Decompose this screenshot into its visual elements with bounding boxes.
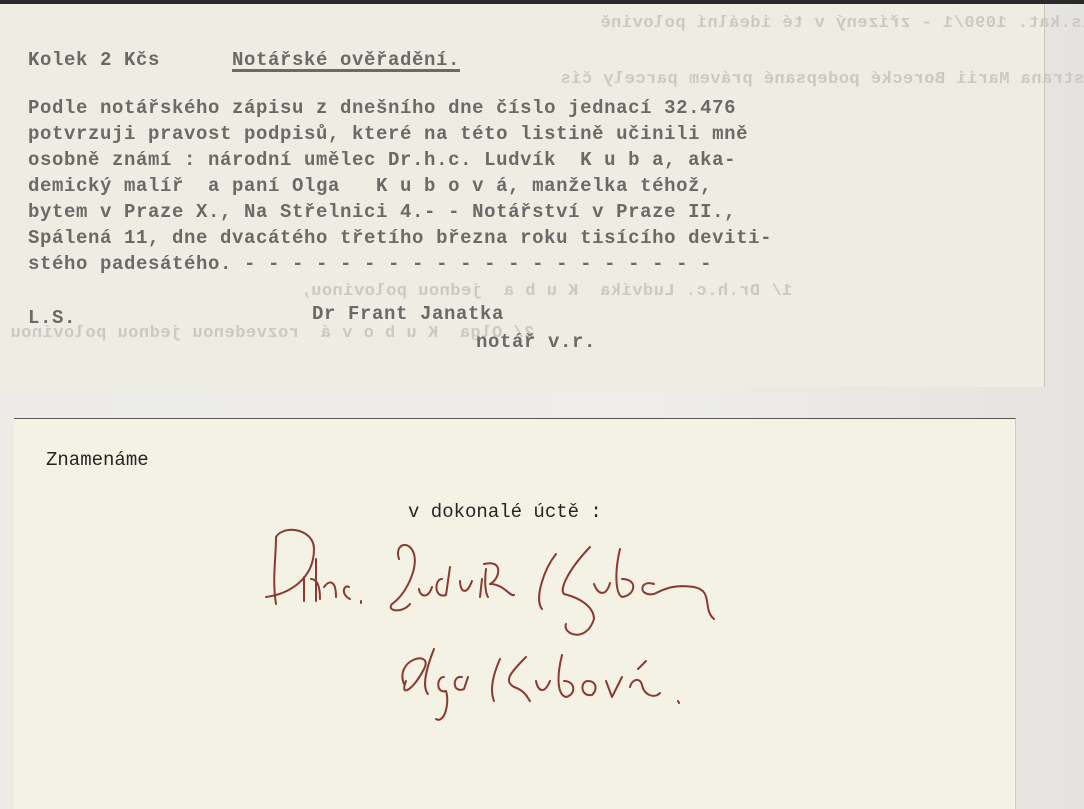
notary-certificate-paper: již parcele čís.kat. 1090/1 - zřízený v … bbox=[0, 4, 1045, 387]
bleed-through-line: již parcele čís.kat. 1090/1 - zřízený v … bbox=[600, 14, 1084, 33]
stamp-label: Kolek 2 Kčs bbox=[28, 48, 160, 73]
letter-card: Znamenáme v dokonalé úctě : Dr.h.c. Ludv… bbox=[14, 418, 1016, 809]
bleed-through-line: vající strana Marii Borecké podepsané pr… bbox=[560, 70, 1084, 89]
body-line: Spálená 11, dne dvacátého třetího března… bbox=[28, 226, 772, 251]
body-line: demický malíř a paní Olga K u b o v á, m… bbox=[28, 174, 712, 199]
notary-title: notář v.r. bbox=[476, 330, 596, 355]
certificate-title: Notářské ověřadění. bbox=[232, 48, 460, 73]
body-line: stého padesátého. - - - - - - - - - - - … bbox=[28, 252, 712, 277]
body-line: osobně známí : národní umělec Dr.h.c. Lu… bbox=[28, 148, 736, 173]
seal-label: L.S. bbox=[28, 306, 76, 331]
handwritten-signatures-icon bbox=[14, 419, 1015, 809]
body-line: Podle notářského zápisu z dnešního dne č… bbox=[28, 96, 736, 121]
body-line: potvrzuji pravost podpisů, které na této… bbox=[28, 122, 748, 147]
bleed-through-line: 1/ Dr.h.c. Ludvíka K u b a jednou polovi… bbox=[300, 282, 792, 301]
body-line: bytem v Praze X., Na Střelnici 4.- - Not… bbox=[28, 200, 736, 225]
notary-name: Dr Frant Janatka bbox=[312, 302, 504, 327]
